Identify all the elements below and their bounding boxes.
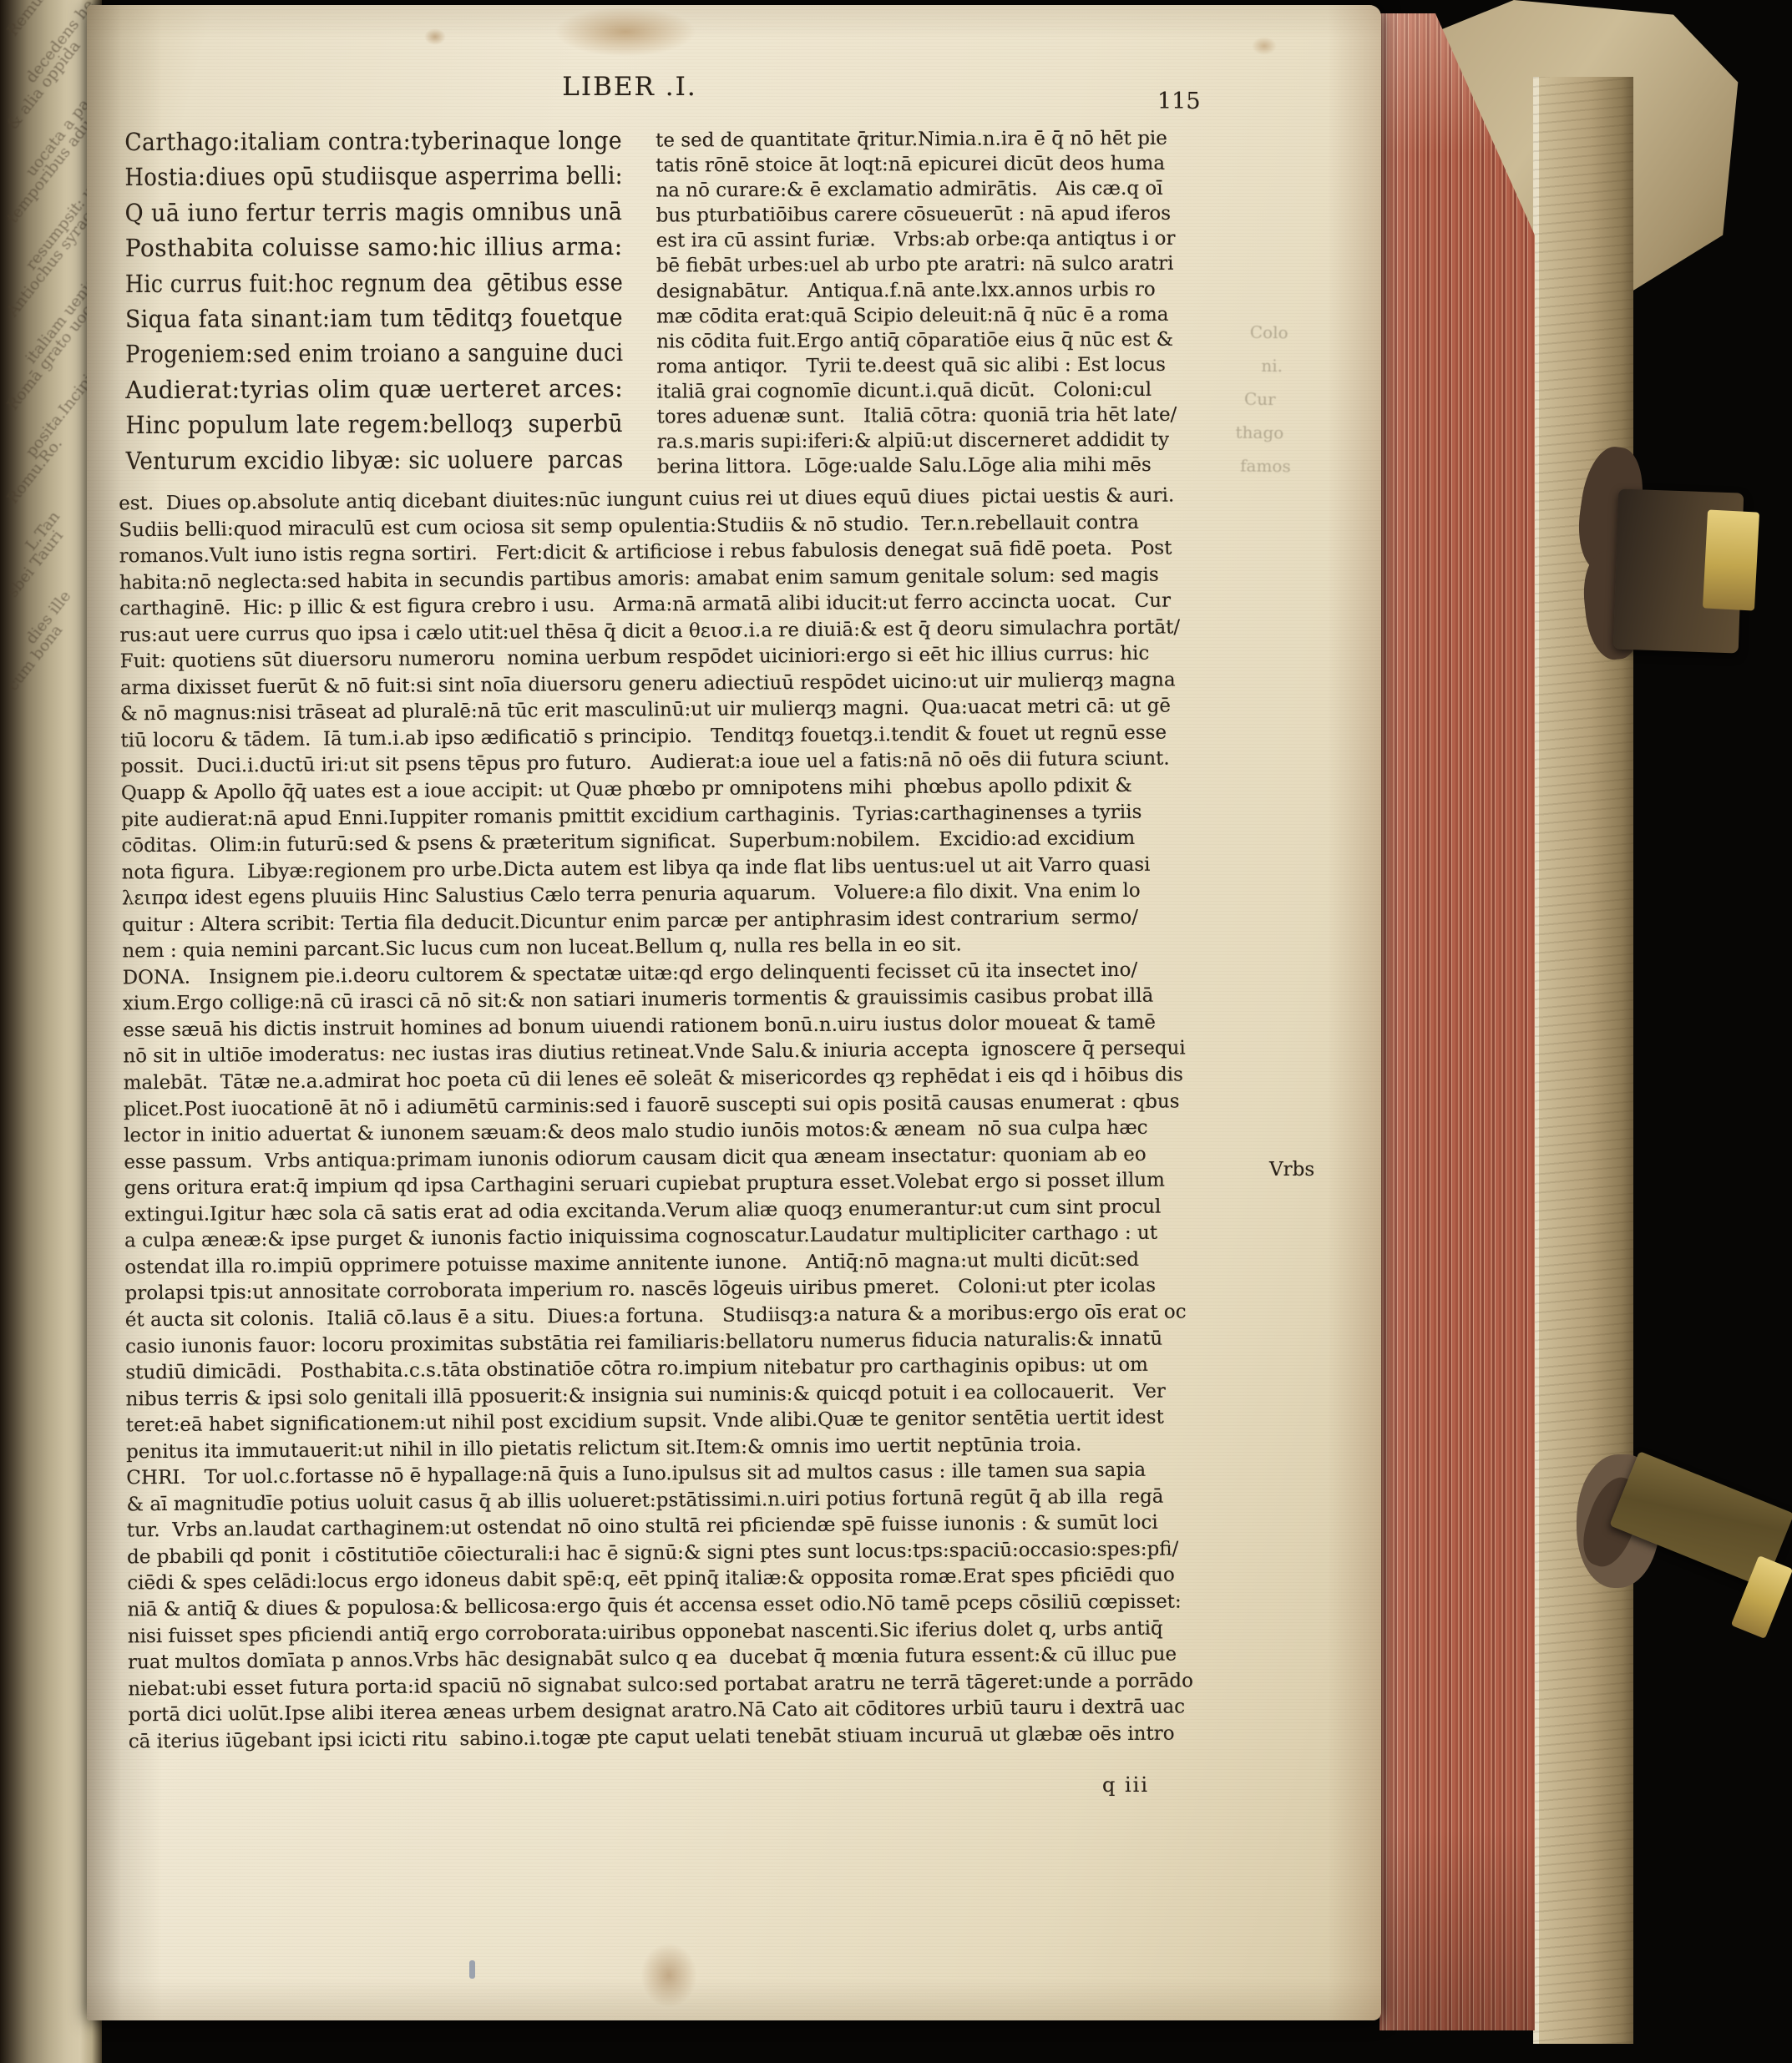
page-number: 115 bbox=[1157, 88, 1201, 114]
commentary-line: italiā grai cognomīe dicunt.i.quā dicūt.… bbox=[656, 377, 1224, 404]
marginal-note: Vrbs bbox=[1269, 1159, 1314, 1181]
verse-line: Posthabita coluisse samo:hic illius arma… bbox=[125, 229, 605, 265]
binding-cover-edge bbox=[1533, 77, 1633, 2044]
verse-column: Carthago:italiam contra:tyberinaque long… bbox=[124, 123, 623, 478]
verse-line: Progeniem:sed enim troiano a sanguine du… bbox=[125, 336, 563, 372]
commentary-line: na nō curare:& ē exclamatio admirātis. A… bbox=[656, 176, 1223, 204]
show-through-word: famos bbox=[1240, 449, 1291, 483]
commentary-line: bē fiebāt urbes:uel ab urbo pte aratri: … bbox=[656, 251, 1224, 279]
verse-line: Audierat:tyrias olim quæ uerteret arces: bbox=[125, 371, 607, 407]
verse-line: Q uā iuno fertur terris magis omnibus un… bbox=[125, 194, 587, 230]
verse-line: Siqua fata sinant:iam tum tēditqȝ fouetq… bbox=[125, 300, 580, 336]
commentary-line: tores aduenæ sunt. Italiā cōtra: quoniā … bbox=[657, 402, 1225, 430]
verse-line: Hinc populum late regem:belloqȝ superbū bbox=[125, 406, 582, 442]
commentary-line: roma antiqor. Tyrii te.deest quā sic ali… bbox=[656, 351, 1224, 379]
stain bbox=[424, 28, 446, 45]
verse-line: Venturum excidio libyæ: sic uoluere parc… bbox=[126, 442, 571, 478]
show-through-word: thago bbox=[1235, 416, 1291, 450]
show-through-text: Coloni.Curthagofamos bbox=[1248, 316, 1293, 483]
photo-of-incunable-book: Remuli Rodecedens he& alia oppidauocata … bbox=[0, 0, 1792, 2063]
commentary-line: bus pturbatiōibus carere cōsueuerūt : nā… bbox=[656, 201, 1223, 229]
stain bbox=[640, 1942, 698, 2009]
quire-signature-mark: q iii bbox=[1102, 1773, 1149, 1797]
commentary-line: ra.s.maris supi:iferi:& alpiū:ut discern… bbox=[657, 427, 1225, 455]
show-through-word: Cur bbox=[1244, 382, 1292, 417]
verse-line: Hostia:diues opū studiisque asperrima be… bbox=[124, 159, 566, 195]
commentary-line: est ira cū assint furiæ. Vrbs:ab orbe:qa… bbox=[656, 226, 1224, 254]
commentary-line: berina littora. Lōge:ualde Salu.Lōge ali… bbox=[657, 453, 1225, 480]
show-through-word: ni. bbox=[1261, 349, 1292, 382]
red-fore-edge bbox=[1379, 13, 1535, 2030]
stain bbox=[554, 7, 696, 57]
book-page: LIBER .I. 115 Carthago:italiam contra:ty… bbox=[87, 5, 1381, 2020]
commentary-line: mæ cōdita erat:quā Scipio deleuit:nā q̄ … bbox=[656, 301, 1224, 329]
commentary-line: te sed de quantitate q̄ritur.Nimia.n.ira… bbox=[656, 126, 1223, 154]
verse-line: Hic currus fuit:hoc regnum dea gētibus e… bbox=[125, 265, 558, 301]
commentary-line: tatis rōnē stoice āt loqt:nā epicurei di… bbox=[656, 151, 1223, 179]
running-title: LIBER .I. bbox=[504, 72, 755, 102]
verse-line: Carthago:italiam contra:tyberinaque long… bbox=[124, 123, 580, 159]
commentary-line: nis cōdita fuit.Ergo antiq̄ cōparatiōe e… bbox=[656, 326, 1224, 354]
stain bbox=[1252, 37, 1277, 55]
ink-fleck bbox=[469, 1960, 475, 1979]
commentary-right-column: te sed de quantitate q̄ritur.Nimia.n.ira… bbox=[656, 126, 1225, 480]
commentary-main-block: est. Diues op.absolute antiq dicebant di… bbox=[119, 483, 1271, 1756]
clasp-brass-catch bbox=[1703, 509, 1759, 610]
show-through-word: Colo bbox=[1250, 316, 1293, 350]
commentary-line: designabātur. Antiqua.f.nā ante.lxx.anno… bbox=[656, 276, 1224, 304]
